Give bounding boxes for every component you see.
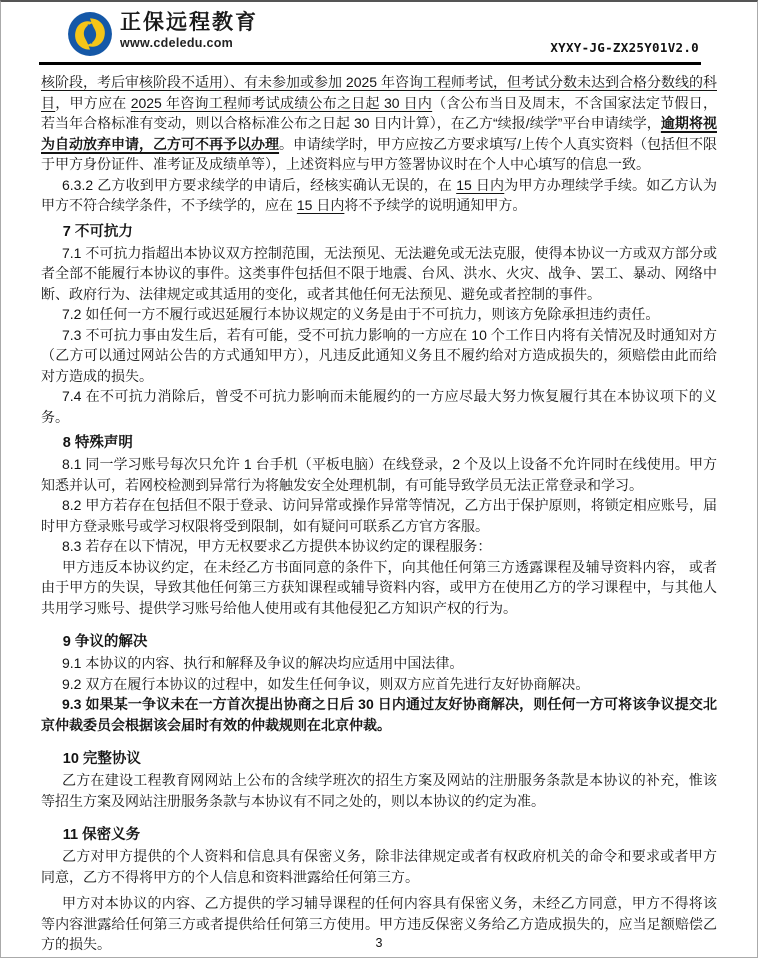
- text-segment: 15 日内: [456, 177, 504, 193]
- paragraph: 乙方对甲方提供的个人资料和信息具有保密义务，除非法律规定或者有权政府机关的命令和…: [41, 846, 717, 887]
- paragraph: 7.2 如任何一方不履行或迟延履行本协议规定的义务是由于不可抗力，则该方免除承担…: [41, 304, 717, 325]
- text-segment: 8 特殊声明: [63, 435, 133, 451]
- text-segment: 6.3.2 乙方收到甲方要求续学的申请后，经核实确认无误的，在: [62, 177, 456, 193]
- section-heading: 8 特殊声明: [41, 433, 717, 454]
- page-number: 3: [376, 936, 383, 950]
- text-segment: 7.3 不可抗力事由发生后，若有可能，受不可抗力影响的一方应在 10 个工作日内…: [41, 327, 717, 384]
- section-heading: 7 不可抗力: [41, 222, 717, 243]
- text-segment: 甲方违反本协议约定，在未经乙方书面同意的条件下，向其他任何第三方透露课程及辅导资…: [41, 559, 717, 616]
- text-segment: 9 争议的解决: [63, 634, 148, 650]
- document-code: XYXY-JG-ZX25Y01V2.0: [550, 40, 699, 55]
- section-heading: 11 保密义务: [41, 825, 717, 846]
- paragraph: 甲方违反本协议约定，在未经乙方书面同意的条件下，向其他任何第三方透露课程及辅导资…: [41, 557, 717, 619]
- text-segment: 7.4 在不可抗力消除后，曾受不可抗力影响而未能履约的一方应尽最大努力恢复履行其…: [41, 388, 717, 425]
- brand-block: 正保远程教育 www.cdeledu.com: [120, 12, 258, 50]
- text-segment: 7 不可抗力: [63, 224, 133, 240]
- paragraph: 9.2 双方在履行本协议的过程中，如发生任何争议，则双方应首先进行友好协商解决。: [41, 674, 717, 695]
- page-footer: 3: [1, 936, 757, 950]
- header-divider: [39, 62, 701, 65]
- text-segment: 7.1 不可抗力指超出本协议双方控制范围，无法预见、无法避免或无法克服，使得本协…: [41, 245, 717, 302]
- contract-document-page: 正保远程教育 www.cdeledu.com XYXY-JG-ZX25Y01V2…: [0, 0, 758, 958]
- section-heading: 9 争议的解决: [41, 632, 717, 653]
- paragraph: 7.4 在不可抗力消除后，曾受不可抗力影响而未能履约的一方应尽最大努力恢复履行其…: [41, 386, 717, 427]
- text-segment: 8.1 同一学习账号每次只允许 1 台手机（平板电脑）在线登录，2 个及以上设备…: [41, 456, 717, 493]
- paragraph: 8.3 若存在以下情况，甲方无权要求乙方提供本协议约定的课程服务：: [41, 536, 717, 557]
- text-segment: 7.2 如任何一方不履行或迟延履行本协议规定的义务是由于不可抗力，则该方免除承担…: [62, 306, 659, 322]
- paragraph: 7.1 不可抗力指超出本协议双方控制范围，无法预见、无法避免或无法克服，使得本协…: [41, 243, 717, 305]
- brand-name: 正保远程教育: [120, 12, 258, 33]
- text-segment: 11 保密义务: [63, 827, 140, 843]
- text-segment: 2025 年咨询工程师考试成绩公布之日起 30 日内: [131, 95, 432, 111]
- text-segment: 乙方在建设工程教育网网站上公布的含续学班次的招生方案及网站的注册服务条款是本协议…: [41, 772, 717, 809]
- document-body: 核阶段，考后审核阶段不适用）、有未参加或参加 2025 年咨询工程师考试，但考试…: [41, 72, 717, 955]
- section-heading: 10 完整协议: [41, 749, 717, 770]
- page-header: 正保远程教育 www.cdeledu.com XYXY-JG-ZX25Y01V2…: [1, 2, 757, 62]
- brand-url: www.cdeledu.com: [120, 37, 258, 50]
- paragraph: 9.3 如果某一争议未在一方首次提出协商之日后 30 日内通过友好协商解决，则任…: [41, 694, 717, 735]
- paragraph: 核阶段，考后审核阶段不适用）、有未参加或参加 2025 年咨询工程师考试，但考试…: [41, 72, 717, 175]
- paragraph: 8.2 甲方若存在包括但不限于登录、访问异常或操作异常等情况，乙方出于保护原则，…: [41, 495, 717, 536]
- text-segment: 9.2 双方在履行本协议的过程中，如发生任何争议，则双方应首先进行友好协商解决。: [62, 676, 589, 692]
- paragraph: 8.1 同一学习账号每次只允许 1 台手机（平板电脑）在线登录，2 个及以上设备…: [41, 454, 717, 495]
- text-segment: 将不予续学的说明通知甲方。: [344, 197, 526, 213]
- text-segment: ，甲方应在: [55, 95, 130, 111]
- text-segment: 乙方对甲方提供的个人资料和信息具有保密义务，除非法律规定或者有权政府机关的命令和…: [41, 848, 717, 885]
- paragraph: 6.3.2 乙方收到甲方要求续学的申请后，经核实确认无误的，在 15 日内为甲方…: [41, 175, 717, 216]
- text-segment: 9.1 本协议的内容、执行和解释及争议的解决均应适用中国法律。: [62, 655, 463, 671]
- text-segment: 10 完整协议: [63, 751, 141, 767]
- paragraph: 9.1 本协议的内容、执行和解释及争议的解决均应适用中国法律。: [41, 653, 717, 674]
- text-segment: 9.3 如果某一争议未在一方首次提出协商之日后 30 日内通过友好协商解决，则任…: [41, 696, 717, 733]
- text-segment: 15 日内: [297, 197, 344, 213]
- paragraph: 乙方在建设工程教育网网站上公布的含续学班次的招生方案及网站的注册服务条款是本协议…: [41, 770, 717, 811]
- paragraph: 7.3 不可抗力事由发生后，若有可能，受不可抗力影响的一方应在 10 个工作日内…: [41, 325, 717, 387]
- brand-logo-icon: [67, 11, 113, 57]
- text-segment: 8.2 甲方若存在包括但不限于登录、访问异常或操作异常等情况，乙方出于保护原则，…: [41, 497, 717, 534]
- text-segment: 8.3 若存在以下情况，甲方无权要求乙方提供本协议约定的课程服务：: [62, 538, 491, 554]
